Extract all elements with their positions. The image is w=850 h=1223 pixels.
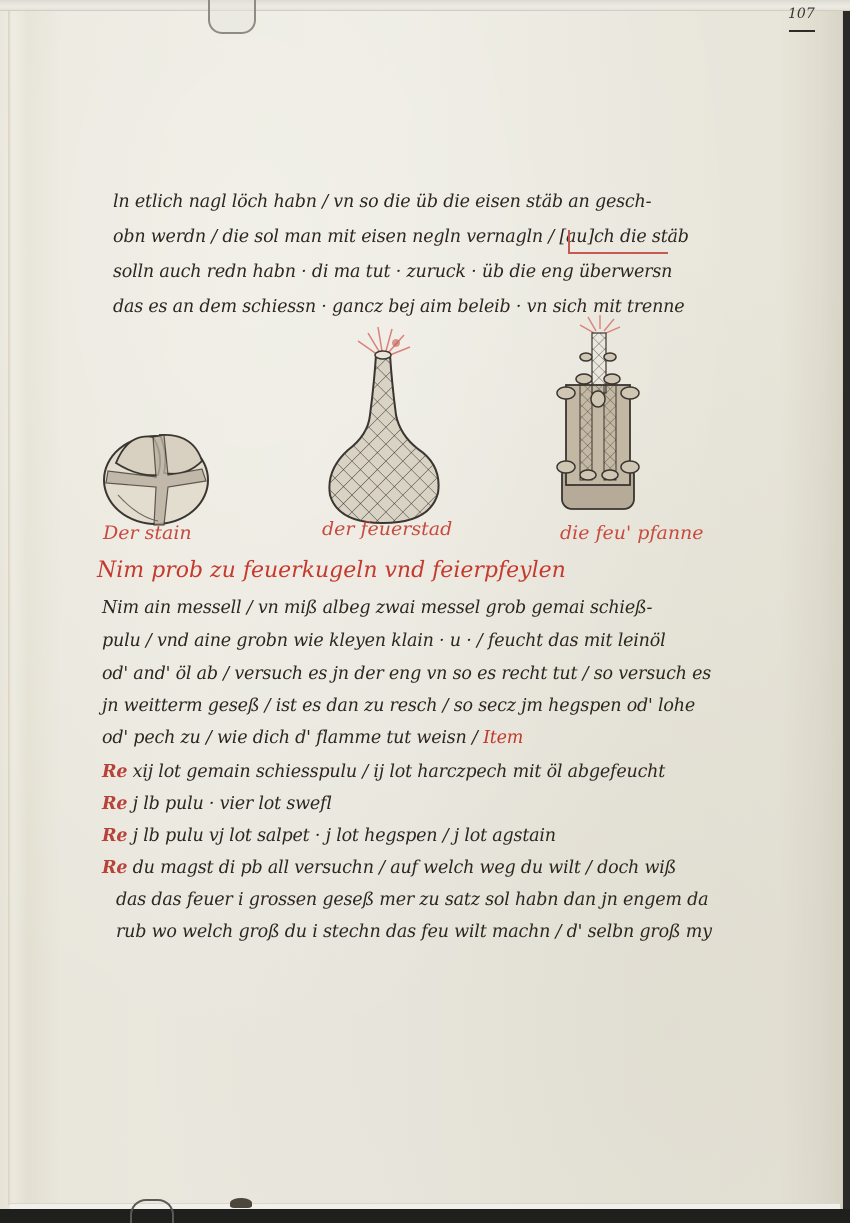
page-clip [208,0,256,34]
recipe-mark: Re [102,858,127,878]
recipe-text: das das feuer i grossen geseß mer zu sat… [116,890,708,910]
stone-ball-drawing [98,425,218,530]
fire-pan-drawing [548,315,648,525]
rubric-item: Item [483,728,523,748]
binding-fold [8,10,11,1205]
recipe-line: das das feuer i grossen geseß mer zu sat… [116,890,708,910]
text-line: od' pech zu / wie dich d' flamme tut wei… [102,728,523,748]
text-line: od' and' öl ab / versuch es jn der eng v… [102,664,711,684]
recipe-line: rub wo welch groß du i stechn das feu wi… [116,922,712,942]
folio-underline [789,30,815,32]
scan-background [0,1209,850,1223]
recipe-text: du magst di pb all versuchn / auf welch … [133,858,677,878]
caption-fire-pan: die feu' pfanne [560,522,704,544]
text-line: pulu / vnd aine grobn wie kleyen klain ·… [102,631,665,651]
text-line: ln etlich nagl löch habn / vn so die üb … [113,192,651,212]
fire-pot-drawing [318,325,448,525]
recipe-mark: Re [102,826,127,846]
folio-number: 107 [788,6,815,22]
ink-blot [230,1198,252,1208]
text-line: solln auch redn habn · di ma tut · zuruc… [113,262,672,282]
recipe-mark: Re [102,794,127,814]
recipe-line: Re j lb pulu · vier lot swefl [102,794,332,814]
recipe-text: j lb pulu · vier lot swefl [133,794,332,814]
recipe-text: rub wo welch groß du i stechn das feu wi… [116,922,712,942]
recipe-line: Re xij lot gemain schiesspulu / ij lot h… [102,762,665,782]
top-page-edge [0,0,850,11]
rubric-bracket [568,230,668,254]
text-line: jn weitterm geseß / ist es dan zu resch … [102,696,695,716]
page-clip-bottom [130,1199,174,1223]
text-segment: od' pech zu / wie dich d' flamme tut wei… [102,728,478,748]
recipe-line: Re j lb pulu vj lot salpet · j lot hegsp… [102,826,556,846]
caption-stone: Der stain [103,522,192,544]
text-line: Nim ain messell / vn miß albeg zwai mess… [102,598,652,618]
recipe-text: xij lot gemain schiesspulu / ij lot harc… [133,762,665,782]
recipe-mark: Re [102,762,127,782]
text-line: das es an dem schiessn · gancz bej aim b… [113,297,684,317]
recipe-line: Re du magst di pb all versuchn / auf wel… [102,858,676,878]
flame-icon [580,315,620,333]
section-heading: Nim prob zu feuerkugeln vnd feierpfeylen [97,558,566,583]
recipe-text: j lb pulu vj lot salpet · j lot hegspen … [133,826,556,846]
caption-fire-pot: der feuerstad [322,518,452,540]
